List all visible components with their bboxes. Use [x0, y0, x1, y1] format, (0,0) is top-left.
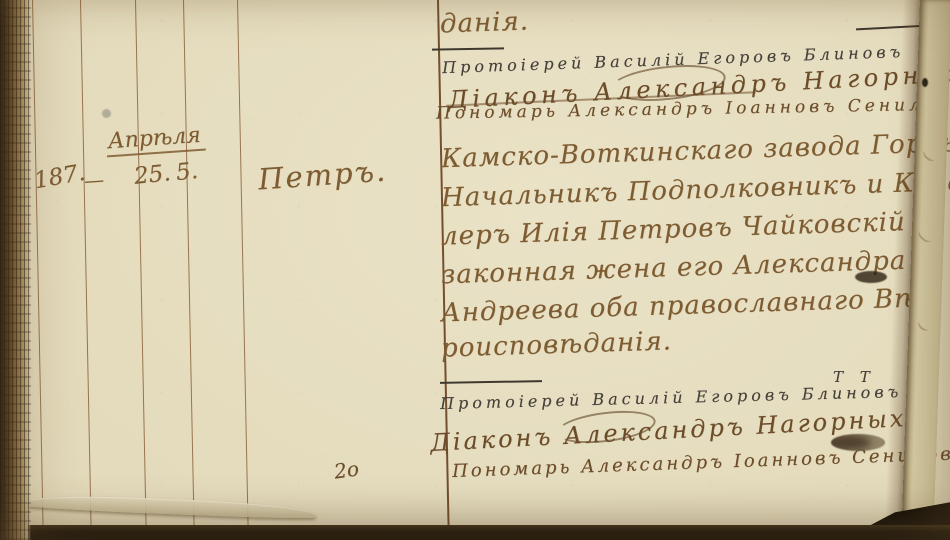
ruled-line-1 — [32, 0, 44, 528]
edge-mark-1 — [921, 147, 938, 164]
female-count-dash: — — [83, 167, 105, 192]
paper-spot — [102, 109, 111, 118]
ink-blot-1 — [855, 271, 887, 283]
manuscript-page: Апрѣля 187. — 25. 5. Петръ. данія. Прото… — [0, 0, 950, 540]
book-binding — [0, 0, 31, 540]
worm-hole — [922, 78, 928, 87]
ruled-line-2 — [80, 0, 92, 528]
margin-mark: 2о — [332, 456, 360, 483]
baptism-day: 5. — [175, 158, 200, 186]
ink-blot-2 — [831, 434, 885, 451]
ruled-line-5 — [237, 0, 249, 528]
ruled-line-3 — [135, 0, 147, 528]
ruled-line-4 — [183, 0, 195, 528]
previous-entry-tail: данія. — [440, 6, 530, 39]
edge-mark-3 — [916, 317, 932, 333]
bottom-shadow-band — [0, 525, 950, 540]
edge-mark-2 — [916, 226, 935, 245]
birth-day: 25. — [133, 160, 172, 190]
